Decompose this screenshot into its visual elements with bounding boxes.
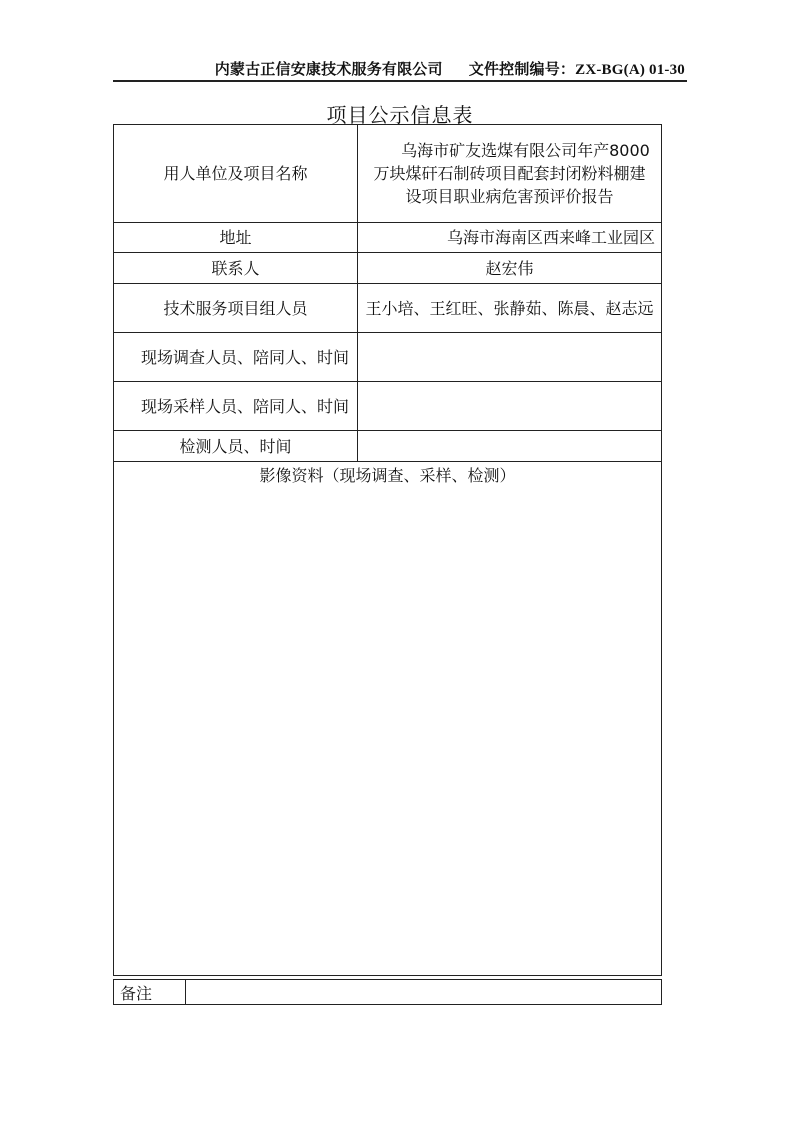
- row-value[interactable]: [358, 333, 662, 382]
- row-label: 现场调查人员、陪同人、时间: [114, 333, 358, 382]
- row-label: 用人单位及项目名称: [114, 125, 358, 223]
- row-value: 王小培、王红旺、张静茹、陈晨、赵志远: [358, 284, 662, 333]
- table-row: 现场调查人员、陪同人、时间: [114, 333, 662, 382]
- file-code-value: ZX-BG(A) 01-30: [575, 62, 685, 78]
- project-info-table: 用人单位及项目名称 乌海市矿友选煤有限公司年产8000万块煤矸石制砖项目配套封闭…: [113, 124, 662, 976]
- row-value[interactable]: [358, 431, 662, 462]
- photo-section: 影像资料（现场调查、采样、检测）: [114, 462, 662, 976]
- project-name-value: 乌海市矿友选煤有限公司年产8000万块煤矸石制砖项目配套封闭粉料棚建设项目职业病…: [366, 139, 653, 208]
- file-code-label: 文件控制编号：: [469, 60, 575, 78]
- photo-section-title: 影像资料（现场调查、采样、检测）: [259, 466, 515, 485]
- page-header: 内蒙古正信安康技术服务有限公司文件控制编号：ZX-BG(A) 01-30: [113, 58, 687, 82]
- table-row: 联系人 赵宏伟: [114, 253, 662, 284]
- row-label: 联系人: [114, 253, 358, 284]
- table-row: 技术服务项目组人员 王小培、王红旺、张静茹、陈晨、赵志远: [114, 284, 662, 333]
- row-label: 技术服务项目组人员: [114, 284, 358, 333]
- remark-table: 备注: [113, 979, 662, 1005]
- row-value: 乌海市海南区西来峰工业园区: [358, 223, 662, 253]
- table-row: 地址 乌海市海南区西来峰工业园区: [114, 223, 662, 253]
- remark-label: 备注: [114, 980, 186, 1005]
- table-row: 现场采样人员、陪同人、时间: [114, 382, 662, 431]
- row-label: 地址: [114, 223, 358, 253]
- remark-row: 备注: [114, 980, 662, 1005]
- company-name: 内蒙古正信安康技术服务有限公司: [215, 60, 443, 78]
- photo-section-row: 影像资料（现场调查、采样、检测）: [114, 462, 662, 976]
- row-value: 乌海市矿友选煤有限公司年产8000万块煤矸石制砖项目配套封闭粉料棚建设项目职业病…: [358, 125, 662, 223]
- header-text: 内蒙古正信安康技术服务有限公司文件控制编号：ZX-BG(A) 01-30: [215, 58, 685, 79]
- row-label: 现场采样人员、陪同人、时间: [114, 382, 358, 431]
- table-row: 检测人员、时间: [114, 431, 662, 462]
- row-label: 检测人员、时间: [114, 431, 358, 462]
- row-value[interactable]: [358, 382, 662, 431]
- remark-value[interactable]: [186, 980, 662, 1005]
- row-value: 赵宏伟: [358, 253, 662, 284]
- table-row: 用人单位及项目名称 乌海市矿友选煤有限公司年产8000万块煤矸石制砖项目配套封闭…: [114, 125, 662, 223]
